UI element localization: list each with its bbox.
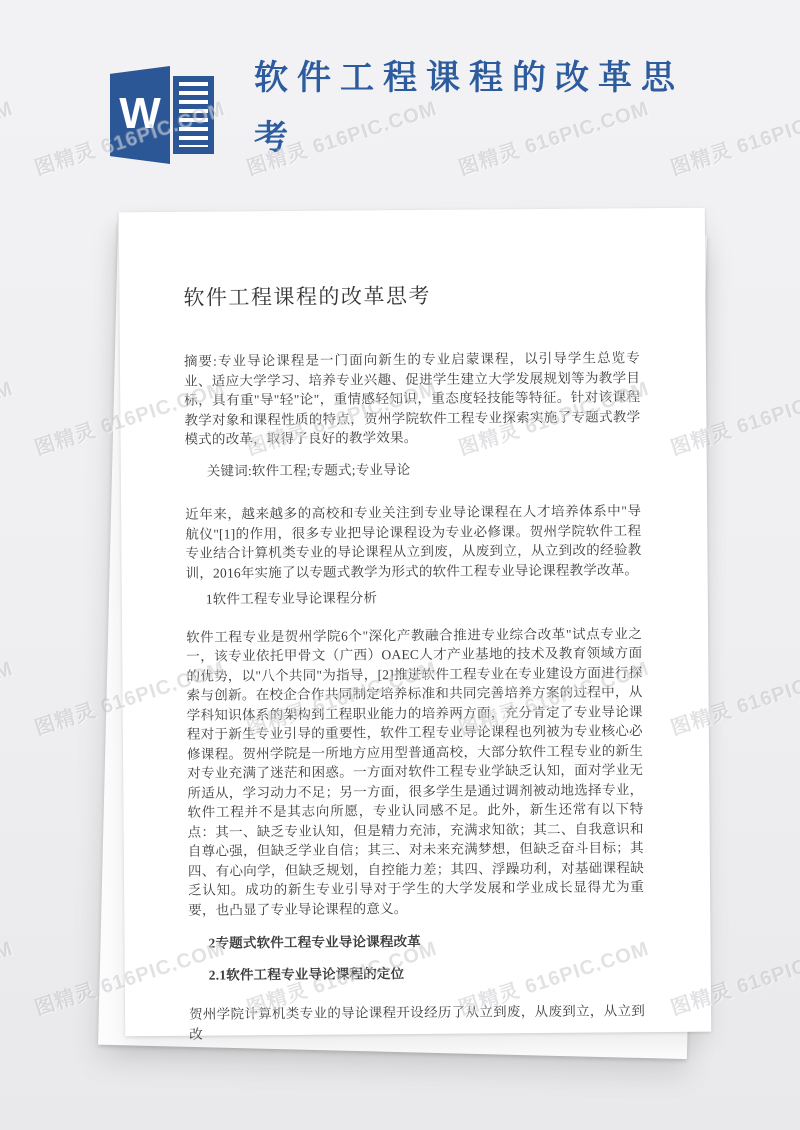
doc-heading-2: 2专题式软件工程专业导论课程改革: [188, 930, 644, 953]
watermark-text: 图精灵 616PIC.COM: [0, 92, 16, 181]
word-logo-plate: W: [110, 66, 170, 164]
word-document-icon: W: [110, 62, 214, 168]
word-logo-page-lines: [179, 82, 208, 147]
watermark-text: 图精灵 616PIC.COM: [0, 372, 16, 461]
document-page: 软件工程课程的改革思考 摘要:专业导论课程是一门面向新生的专业启蒙课程，以引导学…: [119, 208, 711, 1037]
doc-title: 软件工程课程的改革思考: [183, 278, 639, 312]
word-logo-letter: W: [119, 92, 161, 136]
watermark-text: 图精灵 616PIC.COM: [0, 652, 16, 741]
watermark-text: 图精灵 616PIC.COM: [0, 932, 16, 1021]
doc-abstract: 摘要:专业导论课程是一门面向新生的专业启蒙课程，以引导学生总览专业、适应大学学习…: [184, 348, 641, 449]
doc-keywords: 关键词:软件工程;专题式;专业导论: [185, 458, 641, 481]
doc-paragraph: 贺州学院计算机类专业的导论课程开设经历了从立到废，从废到立，从立到改: [189, 1001, 645, 1044]
doc-heading-2-1: 2.1软件工程专业导论课程的定位: [189, 962, 645, 985]
doc-paragraph: 软件工程专业是贺州学院6个"深化产教融合推进专业综合改革"试点专业之一，该专业依…: [186, 624, 644, 920]
word-logo-page: [173, 76, 214, 154]
doc-paragraph: 近年来，越来越多的高校和专业关注到专业导论课程在人才培养体系中"导航仪"[1]的…: [185, 501, 642, 583]
page-title: 软件工程课程的改革思考: [254, 49, 722, 169]
doc-heading-1: 1软件工程专业导论课程分析: [186, 586, 642, 609]
